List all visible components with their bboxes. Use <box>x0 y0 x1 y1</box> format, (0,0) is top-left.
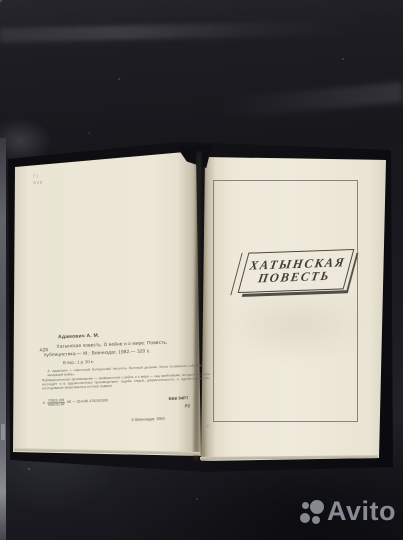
genre-code: Р2 <box>185 403 190 408</box>
title-cartouche: ХАТЫНСКАЯ ПОВЕСТЬ <box>242 249 349 293</box>
fabric-edge <box>0 138 6 540</box>
copyright-line: © Воениздат, 1982 <box>131 416 165 422</box>
author-line: Адамович А. М. <box>58 333 100 340</box>
fabric-edge-mark <box>1 424 5 440</box>
signature-mark: 1* <box>206 424 221 429</box>
avito-logo-icon <box>302 502 309 509</box>
imprint-block: Г1 А28 Адамович А. М. А28 Хатынская пове… <box>9 145 211 462</box>
price-line: В пер.: 1 р. 30 к. <box>63 359 94 365</box>
pencil-line1: Г1 <box>33 173 39 178</box>
title-page-frame <box>213 180 358 422</box>
bibliography-line2: публицистика.— М.: Воениздат, 1982.— 320… <box>44 348 151 358</box>
fabric-speckles <box>0 0 2 2</box>
cartouche-face: ХАТЫНСКАЯ ПОВЕСТЬ <box>238 249 355 293</box>
book-photo: Г1 А28 Адамович А. М. А28 Хатынская пове… <box>0 0 403 540</box>
pencil-marks: Г1 А28 <box>33 173 43 186</box>
avito-wordmark: Avito <box>327 498 396 525</box>
bbk-code: ББК 84Р7 <box>168 395 188 401</box>
pencil-line2: А28 <box>33 180 43 185</box>
avito-logo-icon <box>310 500 324 514</box>
code-denominator: 068(02)-82 <box>47 403 65 407</box>
code-tail: КБ — 35-5-85 4702010200 <box>67 399 108 404</box>
fabric-fold <box>177 82 403 122</box>
fabric-fold <box>0 20 403 42</box>
bibliography-line1: Хатынская повесть. О войне и о мире: Пов… <box>56 339 167 349</box>
code-fraction: 70302-128 068(02)-82 <box>47 399 66 407</box>
book-title-line2: ПОВЕСТЬ <box>257 270 331 286</box>
code-prefix: А <box>43 401 45 405</box>
avito-logo-icon <box>300 513 310 523</box>
publisher-code-row: А 70302-128 068(02)-82 КБ — 35-5-85 4702… <box>43 397 109 407</box>
avito-logo-icon <box>312 516 320 524</box>
